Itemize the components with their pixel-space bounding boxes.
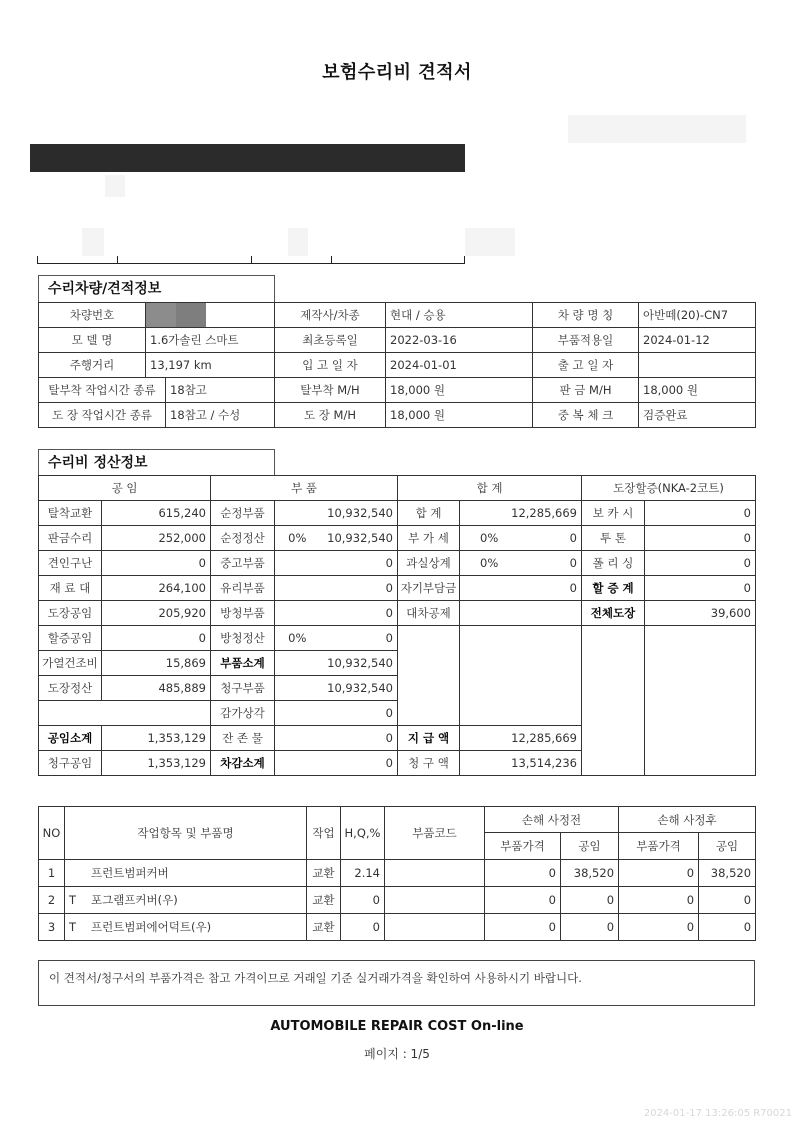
signature-bracket-line [37, 263, 465, 264]
item-no: 2 [39, 887, 65, 914]
label-sheet-metal-mh: 판 금 M/H [533, 378, 639, 403]
total-label: 과실상계 [398, 551, 460, 576]
maker-value: 현대 / 승용 [386, 303, 533, 328]
item-part-code [385, 860, 485, 887]
parts-value: 0 [275, 726, 398, 751]
labor-value: 1,353,129 [102, 726, 211, 751]
paint-value: 39,600 [645, 601, 756, 626]
item-name-cell: T포그램프커버(우) [65, 887, 307, 914]
paint-label: 투 톤 [582, 526, 645, 551]
paint-value: 0 [645, 576, 756, 601]
in-date-value: 2024-01-01 [386, 353, 533, 378]
labor-label: 가열건조비 [39, 651, 102, 676]
parts-value: 0 [275, 701, 398, 726]
redacted-block [105, 175, 125, 197]
item-name: 포그램프커버(우) [91, 893, 178, 907]
document-title: 보험수리비 견적서 [0, 58, 794, 84]
total-empty-label [398, 626, 460, 726]
header-paint-surcharge: 도장할증(NKA-2코트) [582, 476, 756, 501]
work-items-header-row: NO 작업항목 및 부품명 작업 H,Q,% 부품코드 손해 사정전 손해 사정… [39, 807, 756, 833]
total-value: 13,514,236 [460, 751, 582, 776]
bracket-tick [331, 256, 332, 263]
parts-pct: 0% [275, 526, 320, 551]
label-paint-mh: 도 장 M/H [275, 403, 386, 428]
item-work: 교환 [307, 914, 341, 941]
mileage-value: 13,197 km [146, 353, 275, 378]
bracket-tick [251, 256, 252, 263]
parts-value: 10,932,540 [275, 501, 398, 526]
vehicle-info-row: 모 델 명 1.6가솔린 스마트 최초등록일 2022-03-16 부품적용일 … [39, 328, 756, 353]
item-after-part-price: 0 [619, 887, 699, 914]
parts-pct: 0% [275, 626, 320, 651]
labor-label: 도장정산 [39, 676, 102, 701]
labor-label: 판금수리 [39, 526, 102, 551]
total-label: 자기부담금 [398, 576, 460, 601]
item-before-part-price: 0 [485, 887, 561, 914]
out-date-value [639, 353, 756, 378]
settlement-row: 도장공임 205,920 방청부품 0 대차공제 전체도장 39,600 [39, 601, 756, 626]
labor-label: 재 료 대 [39, 576, 102, 601]
first-reg-value: 2022-03-16 [386, 328, 533, 353]
header-after-assessment: 손해 사정후 [619, 807, 756, 833]
parts-value: 10,932,540 [320, 526, 398, 551]
duplicate-check-value: 검증완료 [639, 403, 756, 428]
redacted-block [288, 228, 308, 256]
paint-value: 0 [645, 501, 756, 526]
parts-value: 0 [320, 626, 398, 651]
labor-label: 탈착교환 [39, 501, 102, 526]
parts-value: 0 [275, 751, 398, 776]
item-before-labor: 0 [561, 887, 619, 914]
redacted-block [82, 228, 104, 256]
total-label: 지 급 액 [398, 726, 460, 751]
item-flag: T [69, 893, 91, 907]
print-timestamp: 2024-01-17 13:26:05 R70021 [644, 1108, 792, 1119]
paint-value: 0 [645, 551, 756, 576]
header-no: NO [39, 807, 65, 860]
total-label: 부 가 세 [398, 526, 460, 551]
label-model: 모 델 명 [39, 328, 146, 353]
parts-label: 중고부품 [211, 551, 275, 576]
label-maker: 제작사/차종 [275, 303, 386, 328]
paint-label: 전체도장 [582, 601, 645, 626]
car-name-value: 아반떼(20)-CN7 [639, 303, 756, 328]
item-after-part-price: 0 [619, 914, 699, 941]
header-total: 합 계 [398, 476, 582, 501]
total-value: 12,285,669 [460, 501, 582, 526]
parts-label: 청구부품 [211, 676, 275, 701]
item-after-labor: 0 [699, 887, 756, 914]
parts-label: 잔 존 물 [211, 726, 275, 751]
label-removal-time-type: 탈부착 작업시간 종류 [39, 378, 166, 403]
paint-label: 할 증 계 [582, 576, 645, 601]
paint-mh-value: 18,000 원 [386, 403, 533, 428]
vehicle-info-row: 도 장 작업시간 종류 18참고 / 수성 도 장 M/H 18,000 원 중… [39, 403, 756, 428]
parts-label: 부품소계 [211, 651, 275, 676]
plate-redaction [146, 303, 206, 328]
header-before-part-price: 부품가격 [485, 833, 561, 860]
section-title-settlement: 수리비 정산정보 [38, 449, 275, 475]
settlement-row: 할증공임 0 방청정산 0% 0 [39, 626, 756, 651]
labor-value: 252,000 [102, 526, 211, 551]
parts-value: 10,932,540 [275, 676, 398, 701]
labor-empty [39, 701, 211, 726]
settlement-table: 공 임 부 품 합 계 도장할증(NKA-2코트) 탈착교환 615,240 순… [38, 475, 756, 776]
settlement-row: 탈착교환 615,240 순정부품 10,932,540 합 계 12,285,… [39, 501, 756, 526]
paint-empty-value [645, 626, 756, 776]
item-before-part-price: 0 [485, 914, 561, 941]
labor-label: 도장공임 [39, 601, 102, 626]
header-after-part-price: 부품가격 [619, 833, 699, 860]
item-after-labor: 38,520 [699, 860, 756, 887]
total-label: 합 계 [398, 501, 460, 526]
parts-label: 유리부품 [211, 576, 275, 601]
bracket-tick [117, 256, 118, 263]
parts-value: 0 [275, 551, 398, 576]
parts-label: 방청정산 [211, 626, 275, 651]
label-first-reg: 최초등록일 [275, 328, 386, 353]
parts-date-value: 2024-01-12 [639, 328, 756, 353]
labor-value: 0 [102, 626, 211, 651]
settlement-header-row: 공 임 부 품 합 계 도장할증(NKA-2코트) [39, 476, 756, 501]
header-before-labor: 공임 [561, 833, 619, 860]
label-out-date: 출 고 일 자 [533, 353, 639, 378]
labor-value: 485,889 [102, 676, 211, 701]
total-value: 0 [460, 576, 582, 601]
parts-label: 감가상각 [211, 701, 275, 726]
total-value [460, 601, 582, 626]
model-value: 1.6가솔린 스마트 [146, 328, 275, 353]
settlement-row: 판금수리 252,000 순정정산 0% 10,932,540 부 가 세 0%… [39, 526, 756, 551]
item-name: 프런트범퍼에어덕트(우) [91, 920, 211, 934]
total-empty-value [460, 626, 582, 726]
total-value: 0 [510, 526, 582, 551]
item-part-code [385, 914, 485, 941]
item-part-code [385, 887, 485, 914]
vehicle-info-row: 차량번호 제작사/차종 현대 / 승용 차 량 명 칭 아반떼(20)-CN7 [39, 303, 756, 328]
header-before-assessment: 손해 사정전 [485, 807, 619, 833]
header-part-code: 부품코드 [385, 807, 485, 860]
removal-mh-value: 18,000 원 [386, 378, 533, 403]
bracket-tick [464, 256, 465, 263]
item-no: 1 [39, 860, 65, 887]
item-hq: 0 [341, 887, 385, 914]
redacted-block [568, 115, 746, 143]
total-value: 0 [510, 551, 582, 576]
work-item-row: 2 T포그램프커버(우) 교환 0 0 0 0 0 [39, 887, 756, 914]
page-indicator: 페이지 : 1/5 [0, 1045, 794, 1062]
header-labor: 공 임 [39, 476, 211, 501]
parts-label: 순정정산 [211, 526, 275, 551]
section-title-vehicle-info: 수리차량/견적정보 [38, 275, 275, 302]
item-hq: 0 [341, 914, 385, 941]
labor-label: 공임소계 [39, 726, 102, 751]
header-after-labor: 공임 [699, 833, 756, 860]
plate-value [146, 303, 275, 328]
price-notice: 이 견적서/청구서의 부품가격은 참고 가격이므로 거래일 기준 실거래가격을 … [38, 960, 755, 1006]
header-item-name: 작업항목 및 부품명 [65, 807, 307, 860]
labor-label: 청구공임 [39, 751, 102, 776]
paint-value: 0 [645, 526, 756, 551]
label-car-name: 차 량 명 칭 [533, 303, 639, 328]
item-before-labor: 38,520 [561, 860, 619, 887]
work-item-row: 1 프런트범퍼커버 교환 2.14 0 38,520 0 38,520 [39, 860, 756, 887]
total-value: 12,285,669 [460, 726, 582, 751]
vehicle-info-row: 탈부착 작업시간 종류 18참고 탈부착 M/H 18,000 원 판 금 M/… [39, 378, 756, 403]
item-before-labor: 0 [561, 914, 619, 941]
label-duplicate-check: 중 복 체 크 [533, 403, 639, 428]
label-removal-mh: 탈부착 M/H [275, 378, 386, 403]
total-pct: 0% [460, 551, 510, 576]
item-work: 교환 [307, 860, 341, 887]
item-after-labor: 0 [699, 914, 756, 941]
total-label: 청 구 액 [398, 751, 460, 776]
bracket-tick [37, 256, 38, 263]
label-plate: 차량번호 [39, 303, 146, 328]
item-no: 3 [39, 914, 65, 941]
redacted-block [465, 228, 515, 256]
header-hq: H,Q,% [341, 807, 385, 860]
parts-value: 0 [275, 576, 398, 601]
labor-label: 할증공임 [39, 626, 102, 651]
label-paint-time-type: 도 장 작업시간 종류 [39, 403, 166, 428]
labor-value: 205,920 [102, 601, 211, 626]
header-work: 작업 [307, 807, 341, 860]
labor-value: 0 [102, 551, 211, 576]
removal-time-type-value: 18참고 [166, 378, 275, 403]
paint-label: 폴 리 싱 [582, 551, 645, 576]
settlement-row: 재 료 대 264,100 유리부품 0 자기부담금 0 할 증 계 0 [39, 576, 756, 601]
work-items-table: NO 작업항목 및 부품명 작업 H,Q,% 부품코드 손해 사정전 손해 사정… [38, 806, 756, 941]
sheet-metal-mh-value: 18,000 원 [639, 378, 756, 403]
item-flag: T [69, 920, 91, 934]
parts-value: 0 [275, 601, 398, 626]
labor-value: 1,353,129 [102, 751, 211, 776]
labor-value: 15,869 [102, 651, 211, 676]
parts-value: 10,932,540 [275, 651, 398, 676]
header-parts: 부 품 [211, 476, 398, 501]
labor-label: 견인구난 [39, 551, 102, 576]
item-work: 교환 [307, 887, 341, 914]
labor-value: 264,100 [102, 576, 211, 601]
vehicle-info-table: 차량번호 제작사/차종 현대 / 승용 차 량 명 칭 아반떼(20)-CN7 … [38, 302, 756, 428]
item-after-part-price: 0 [619, 860, 699, 887]
label-mileage: 주행거리 [39, 353, 146, 378]
item-name-cell: 프런트범퍼커버 [65, 860, 307, 887]
work-item-row: 3 T프런트범퍼에어덕트(우) 교환 0 0 0 0 0 [39, 914, 756, 941]
parts-label: 순정부품 [211, 501, 275, 526]
paint-empty-label [582, 626, 645, 776]
labor-value: 615,240 [102, 501, 211, 526]
total-pct: 0% [460, 526, 510, 551]
vehicle-info-row: 주행거리 13,197 km 입 고 일 자 2024-01-01 출 고 일 … [39, 353, 756, 378]
footer-brand: AUTOMOBILE REPAIR COST On-line [0, 1019, 794, 1034]
parts-label: 방청부품 [211, 601, 275, 626]
total-label: 대차공제 [398, 601, 460, 626]
label-in-date: 입 고 일 자 [275, 353, 386, 378]
item-before-part-price: 0 [485, 860, 561, 887]
parts-label: 차감소계 [211, 751, 275, 776]
settlement-row: 견인구난 0 중고부품 0 과실상계 0% 0 폴 리 싱 0 [39, 551, 756, 576]
label-parts-date: 부품적용일 [533, 328, 639, 353]
item-hq: 2.14 [341, 860, 385, 887]
paint-label: 보 카 시 [582, 501, 645, 526]
item-name: 프런트범퍼커버 [91, 866, 169, 880]
paint-time-type-value: 18참고 / 수성 [166, 403, 275, 428]
redacted-bar [30, 144, 465, 172]
item-name-cell: T프런트범퍼에어덕트(우) [65, 914, 307, 941]
